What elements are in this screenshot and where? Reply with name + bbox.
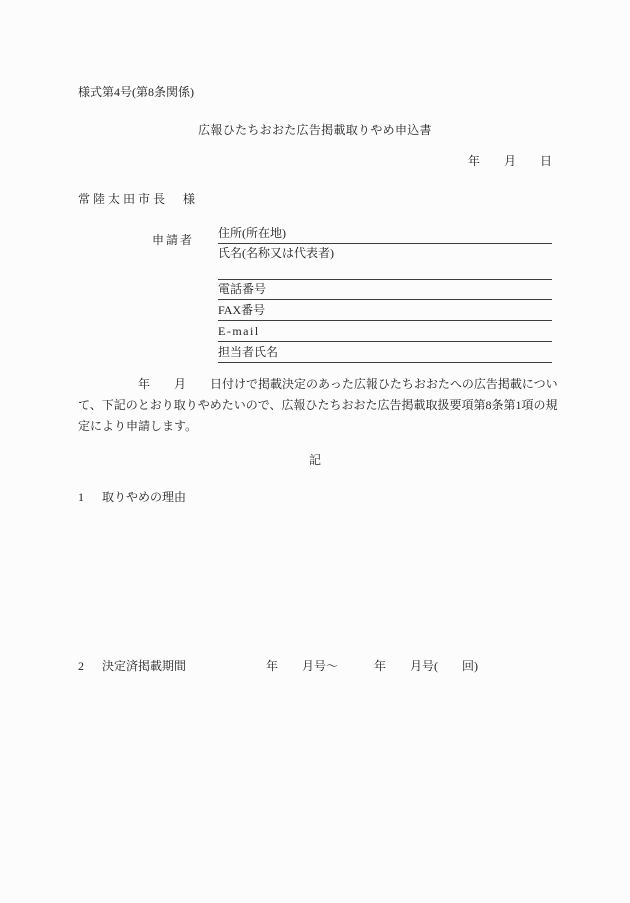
- item-2-label: 決定済掲載期間: [102, 659, 186, 673]
- address-field-label: 住所(所在地): [218, 224, 286, 241]
- fax-field-label: FAX番号: [218, 301, 265, 318]
- applicant-fields: 住所(所在地) 氏名(名称又は代表者) 電話番号 FAX番号 E-mail 担当…: [218, 224, 552, 363]
- phone-field-label: 電話番号: [218, 280, 266, 297]
- addressee: 常陸太田市長 様: [78, 190, 198, 207]
- email-field-label: E-mail: [218, 324, 260, 339]
- item-1-label: 取りやめの理由: [102, 490, 186, 504]
- form-number: 様式第4号(第8条関係): [78, 83, 194, 100]
- item-2-number: 2: [78, 659, 99, 674]
- address-field: 住所(所在地): [218, 224, 552, 244]
- name-field: 氏名(名称又は代表者): [218, 244, 552, 263]
- page-title: 広報ひたちおおた広告掲載取りやめ申込書: [0, 121, 630, 138]
- contact-person-field-label: 担当者氏名: [218, 343, 278, 360]
- applicant-label: 申請者: [152, 231, 194, 248]
- date-blank-line: 年 月 日: [468, 152, 552, 169]
- section-marker: 記: [0, 451, 630, 468]
- body-paragraph: 年 月 日付けで掲載決定のあった広報ひたちおおたへの広告掲載について、下記のとお…: [78, 374, 563, 437]
- fax-field: FAX番号: [218, 300, 552, 321]
- item-1-number: 1: [78, 490, 99, 505]
- form-page: 様式第4号(第8条関係) 広報ひたちおおた広告掲載取りやめ申込書 年 月 日 常…: [0, 0, 630, 903]
- phone-field: 電話番号: [218, 280, 552, 300]
- email-field: E-mail: [218, 321, 552, 342]
- contact-person-field: 担当者氏名: [218, 342, 552, 363]
- name-field-label: 氏名(名称又は代表者): [218, 244, 334, 261]
- item-1-cancellation-reason: 1 取りやめの理由: [78, 488, 186, 505]
- name-write-line: [218, 263, 552, 280]
- item-2-period-blank: 年 月号～ 年 月号( 回): [266, 659, 478, 673]
- item-2-decided-publication-period: 2 決定済掲載期間 年 月号～ 年 月号( 回): [78, 657, 478, 674]
